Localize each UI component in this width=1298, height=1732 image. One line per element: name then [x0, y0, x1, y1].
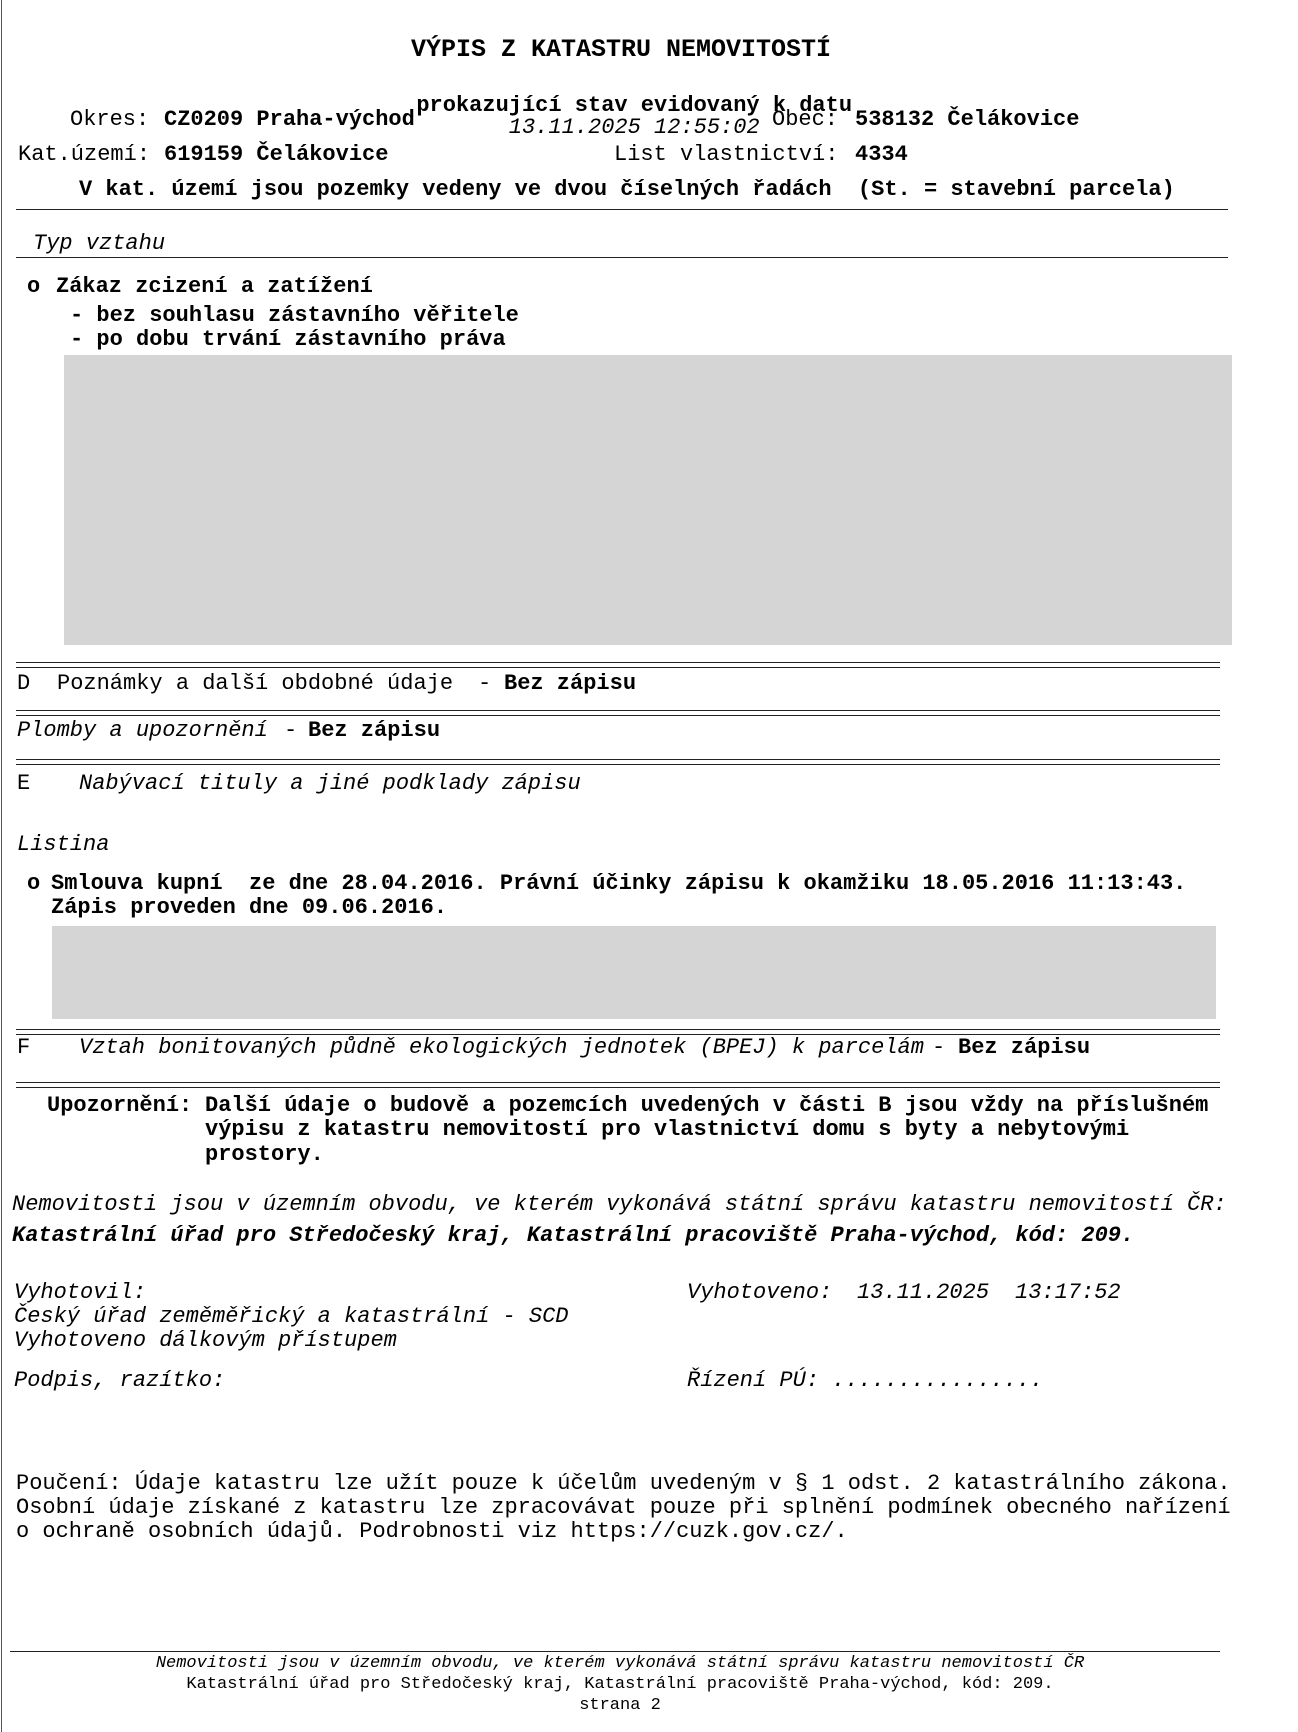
issued-date: 13.11.2025	[857, 1282, 989, 1304]
warning-line-1: Další údaje o budově a pozemcích uvedený…	[205, 1095, 1208, 1117]
issued-time: 13:17:52	[1015, 1282, 1121, 1304]
section-d-dash: -	[478, 673, 491, 695]
okres-label: Okres:	[70, 109, 149, 131]
restriction-line-2: - po dobu trvání zástavního práva	[70, 329, 506, 351]
katuzemi-label: Kat.území:	[18, 144, 150, 166]
deed-line-2: Zápis proveden dne 09.06.2016.	[51, 897, 447, 919]
document-title: VÝPIS Z KATASTRU NEMOVITOSTÍ	[0, 37, 1242, 62]
footer-rule	[10, 1651, 1220, 1652]
listina-subheader: Listina	[17, 834, 109, 856]
issued-label: Vyhotoveno:	[687, 1282, 832, 1304]
page-number: strana 2	[0, 1697, 1240, 1714]
footer-line-2: Katastrální úřad pro Středočeský kraj, K…	[0, 1676, 1240, 1693]
column-header-typ-vztahu: Typ vztahu	[33, 233, 165, 255]
katuzemi-value: 619159 Čelákovice	[164, 144, 388, 166]
plomby-dash: -	[284, 720, 297, 742]
notice-line-3: o ochraně osobních údajů. Podrobnosti vi…	[16, 1521, 848, 1543]
notice-line-1: Poučení: Údaje katastru lze užít pouze k…	[16, 1473, 1231, 1495]
signature-label: Podpis, razítko:	[14, 1370, 225, 1392]
office-name: Katastrální úřad pro Středočeský kraj, K…	[12, 1225, 1134, 1247]
list-item-bullet: o	[27, 276, 40, 298]
issuer-label: Vyhotovil:	[14, 1282, 146, 1304]
warning-label: Upozornění:	[47, 1095, 192, 1117]
office-intro: Nemovitosti jsou v územním obvodu, ve kt…	[12, 1194, 1227, 1216]
section-d-rule	[16, 662, 1220, 668]
obec-label: Obec:	[772, 109, 838, 131]
plomby-title: Plomby a upozornění	[17, 720, 268, 742]
redacted-block	[64, 355, 1232, 645]
okres-value: CZ0209 Praha-východ	[164, 109, 415, 131]
section-f-dash: -	[932, 1037, 945, 1059]
redacted-block	[52, 926, 1216, 1019]
restriction-line-1: - bez souhlasu zástavního věřitele	[70, 305, 519, 327]
footer-line-1: Nemovitosti jsou v územním obvodu, ve kt…	[0, 1655, 1240, 1672]
issuer-mode: Vyhotoveno dálkovým přístupem	[14, 1330, 397, 1352]
issuer-name: Český úřad zeměměřický a katastrální - S…	[14, 1306, 569, 1328]
section-e-title: Nabývací tituly a jiné podklady zápisu	[79, 773, 581, 795]
section-f-title: Vztah bonitovaných půdně ekologických je…	[79, 1037, 924, 1059]
header-rule	[16, 209, 1228, 210]
page-border	[1, 0, 2, 1732]
parcel-series-note: V kat. území jsou pozemky vedeny ve dvou…	[79, 179, 1175, 201]
restriction-title: Zákaz zcizení a zatížení	[56, 276, 373, 298]
section-f-status: Bez zápisu	[958, 1037, 1090, 1059]
rizeni-label: Řízení PÚ:	[687, 1370, 819, 1392]
lv-label: List vlastnictví:	[614, 144, 838, 166]
section-d-status: Bez zápisu	[504, 673, 636, 695]
section-d-title: Poznámky a další obdobné údaje	[57, 673, 453, 695]
warning-line-3: prostory.	[205, 1144, 324, 1166]
plomby-status: Bez zápisu	[308, 720, 440, 742]
section-e-rule	[16, 759, 1220, 765]
lv-value: 4334	[855, 144, 908, 166]
warning-rule	[16, 1082, 1220, 1088]
section-d-letter: D	[17, 673, 30, 695]
deed-bullet: o	[27, 873, 40, 895]
warning-line-2: výpisu z katastru nemovitostí pro vlastn…	[205, 1119, 1129, 1141]
notice-line-2: Osobní údaje získané z katastru lze zpra…	[16, 1497, 1231, 1519]
rizeni-value: ................	[832, 1370, 1043, 1392]
obec-value: 538132 Čelákovice	[855, 109, 1079, 131]
subtitle-date: 13.11.2025 12:55:02	[509, 115, 760, 140]
section-f-letter: F	[17, 1037, 30, 1059]
column-header-rule	[16, 257, 1228, 258]
section-e-letter: E	[17, 773, 30, 795]
deed-line-1: Smlouva kupní ze dne 28.04.2016. Právní …	[51, 873, 1186, 895]
plomby-rule	[16, 710, 1220, 716]
